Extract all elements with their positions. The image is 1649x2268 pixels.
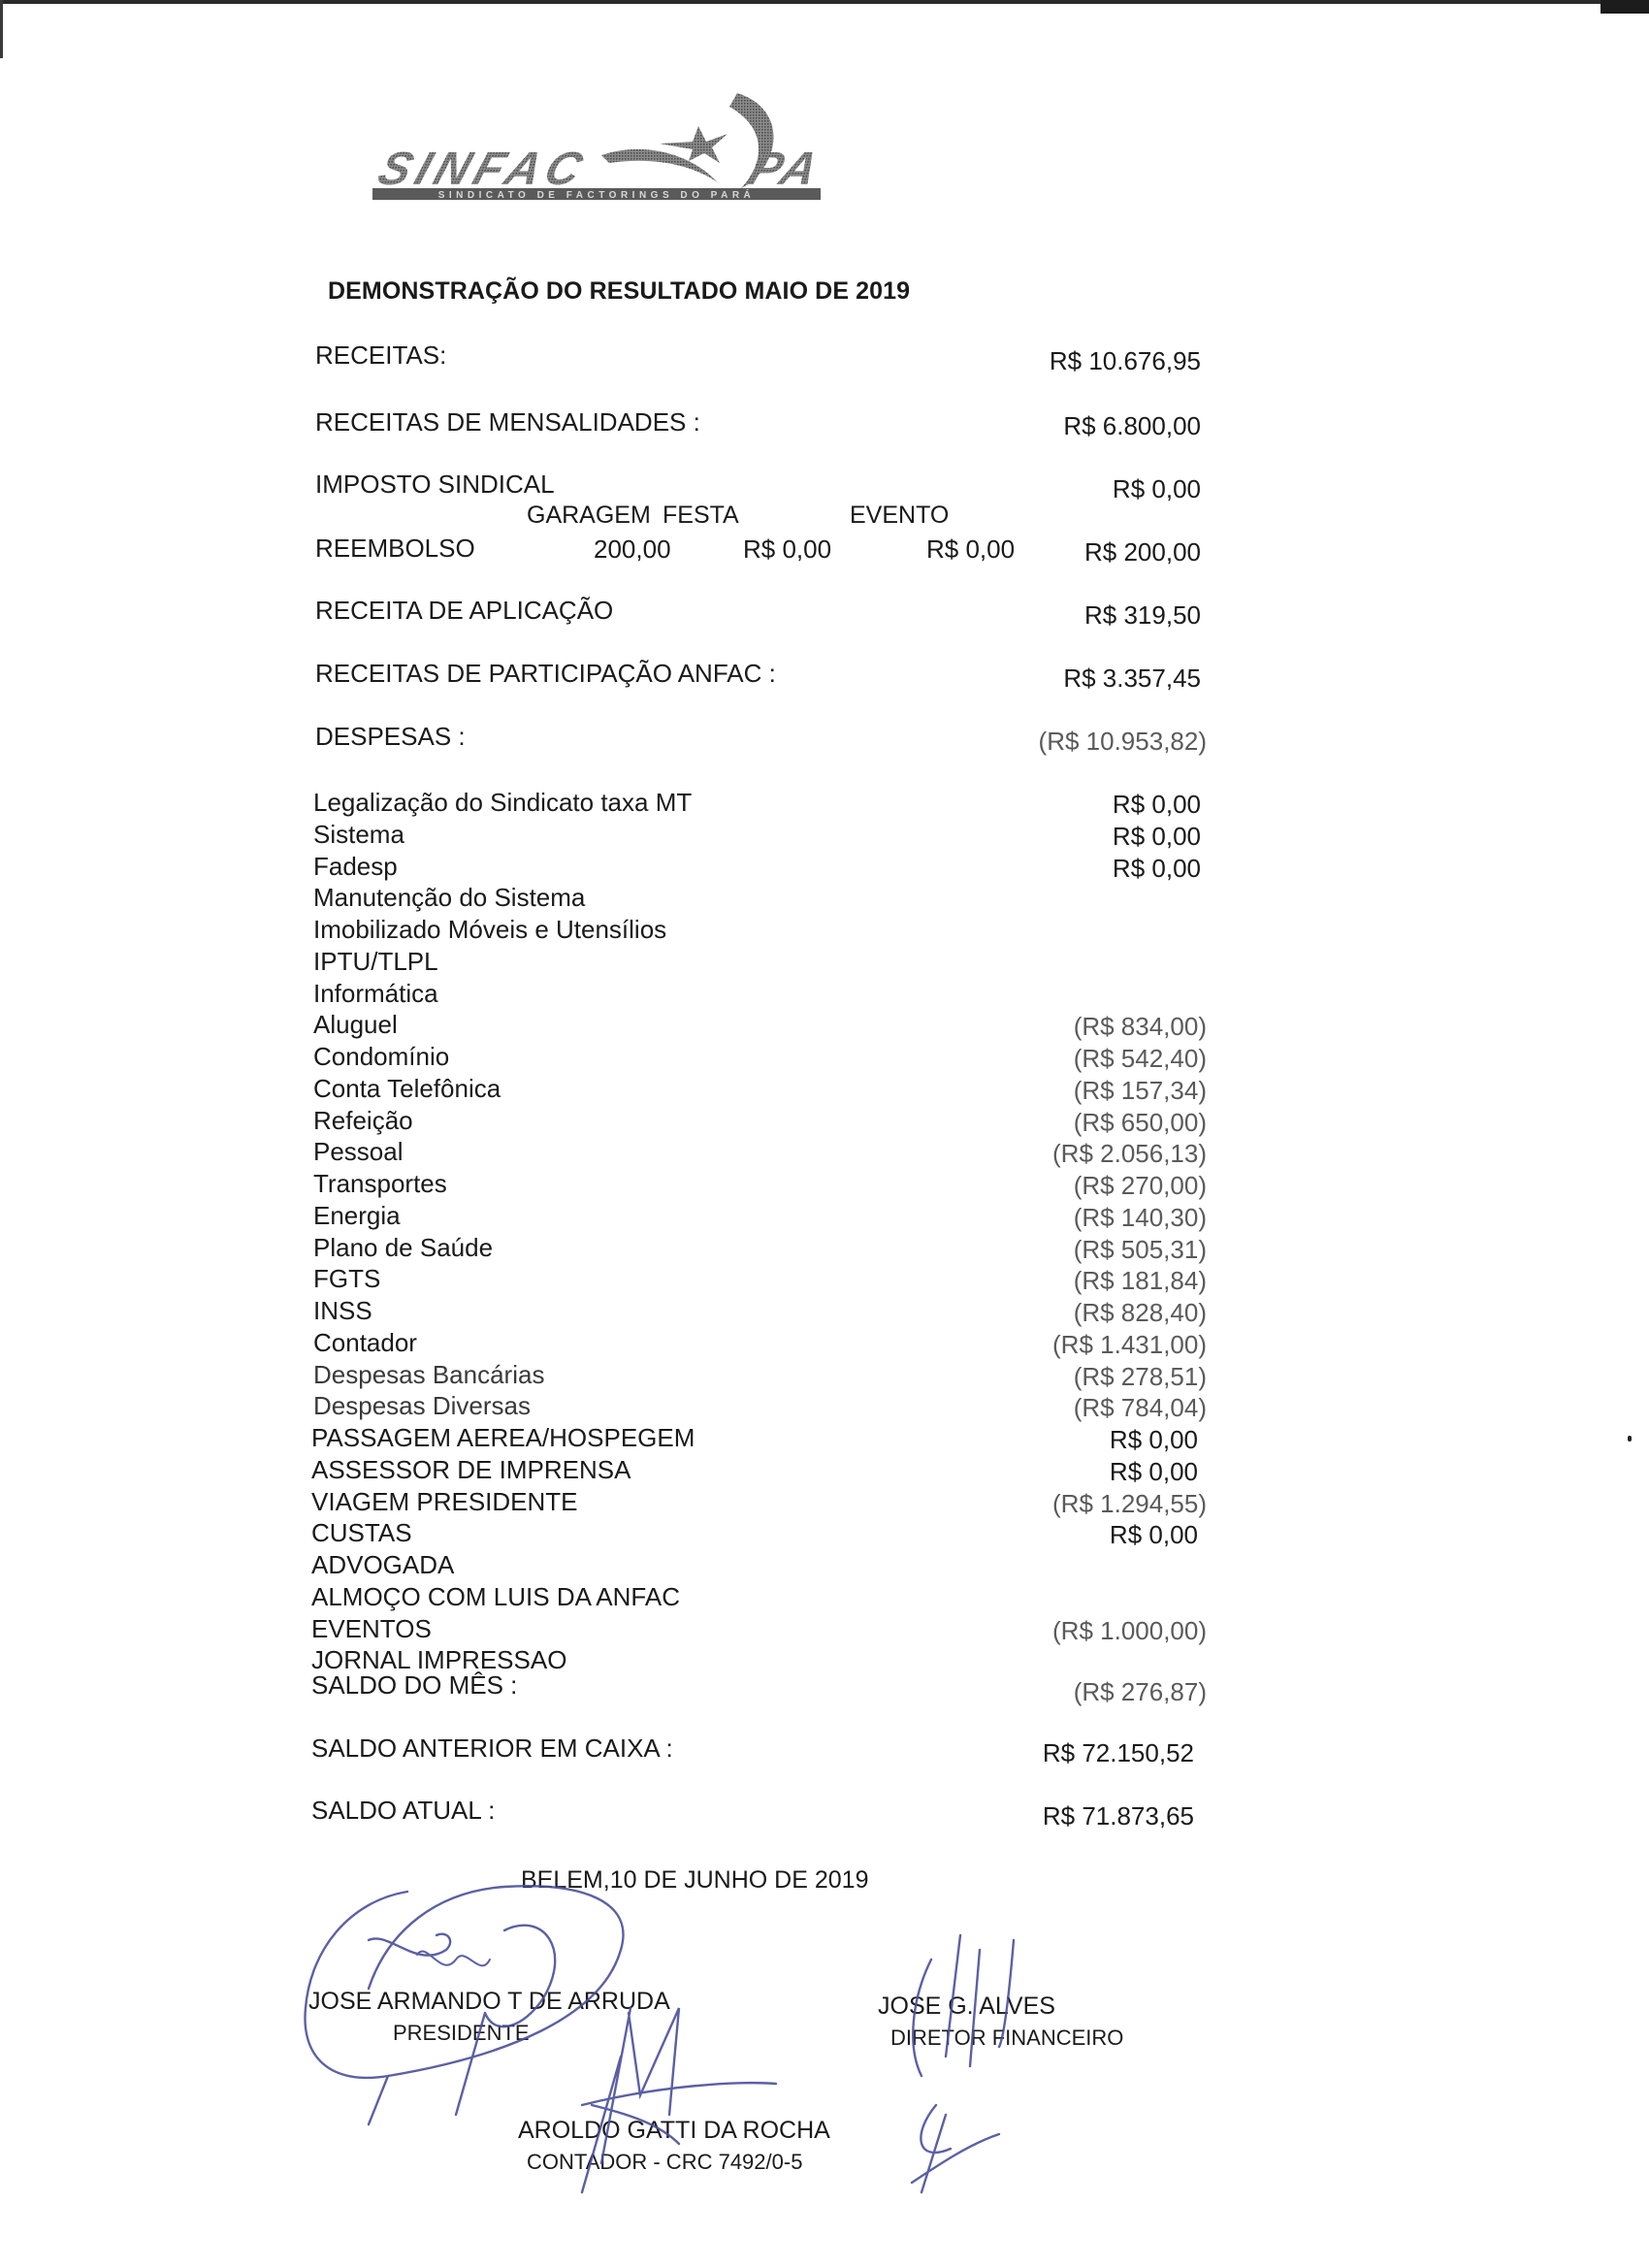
- expense-label: Imobilizado Móveis e Utensílios: [313, 917, 666, 942]
- reimbursement-header-festa: FESTA: [663, 503, 739, 528]
- expense-value: (R$ 2.056,13): [1052, 1141, 1207, 1166]
- expense-value: (R$ 140,30): [1074, 1205, 1207, 1230]
- revenue-value-imposto: R$ 0,00: [1113, 476, 1201, 502]
- revenue-value-mensalidades: R$ 6.800,00: [1063, 413, 1201, 438]
- expense-value: R$ 0,00: [1110, 1427, 1198, 1452]
- expense-value: (R$ 278,51): [1074, 1364, 1207, 1389]
- expense-label: Conta Telefônica: [313, 1076, 501, 1101]
- revenue-value-reembolso: R$ 200,00: [1084, 539, 1201, 565]
- signatory-director-role: DIRETOR FINANCEIRO: [890, 2027, 1123, 2049]
- svg-text:SINFAC: SINFAC: [372, 143, 594, 195]
- expense-value: (R$ 542,40): [1074, 1046, 1207, 1071]
- scan-speck: [1628, 1436, 1632, 1442]
- expense-value: (R$ 157,34): [1074, 1078, 1207, 1103]
- expenses-total-label: DESPESAS :: [315, 724, 466, 749]
- expense-label: Pessoal: [313, 1139, 404, 1164]
- expense-label: INSS: [313, 1298, 372, 1323]
- reimbursement-value-garagem: 200,00: [594, 536, 671, 562]
- signatory-director-name: JOSE G. ALVES: [878, 1994, 1055, 2019]
- balance-value-mes: (R$ 276,87): [1074, 1679, 1207, 1704]
- revenue-label-aplicacao: RECEITA DE APLICAÇÃO: [315, 598, 613, 623]
- signature-director: [912, 1935, 1014, 2192]
- expense-value: (R$ 1.294,55): [1052, 1491, 1207, 1516]
- reimbursement-value-evento: R$ 0,00: [926, 536, 1015, 562]
- expense-value: R$ 0,00: [1110, 1522, 1198, 1547]
- balance-label-atual: SALDO ATUAL :: [311, 1798, 495, 1823]
- balance-label-anterior: SALDO ANTERIOR EM CAIXA :: [311, 1735, 673, 1761]
- expense-value: (R$ 650,00): [1074, 1110, 1207, 1135]
- balance-value-atual: R$ 71.873,65: [1043, 1803, 1194, 1829]
- scan-border-corner: [1600, 0, 1649, 14]
- revenue-value-anfac: R$ 3.357,45: [1063, 665, 1201, 691]
- revenue-label-mensalidades: RECEITAS DE MENSALIDADES :: [315, 409, 700, 435]
- expense-value: R$ 0,00: [1113, 856, 1201, 881]
- expense-label: Despesas Diversas: [313, 1393, 531, 1418]
- scan-border-top: [0, 0, 1649, 4]
- handwritten-signatures: [0, 0, 1649, 2268]
- expense-label: ASSESSOR DE IMPRENSA: [311, 1457, 630, 1482]
- expense-value: R$ 0,00: [1110, 1459, 1198, 1484]
- expense-label: Transportes: [313, 1171, 447, 1196]
- revenue-label-anfac: RECEITAS DE PARTICIPAÇÃO ANFAC :: [315, 661, 776, 686]
- expense-value: (R$ 834,00): [1074, 1014, 1207, 1039]
- svg-text:SINDICATO DE FACTORINGS DO PAR: SINDICATO DE FACTORINGS DO PARÁ: [438, 188, 756, 201]
- revenue-label-imposto: IMPOSTO SINDICAL: [315, 471, 555, 497]
- revenue-label-reembolso: REEMBOLSO: [315, 535, 475, 561]
- expense-label: Manutenção do Sistema: [313, 885, 585, 910]
- expense-label: PASSAGEM AEREA/HOSPEGEM: [311, 1425, 695, 1450]
- expense-value: (R$ 828,40): [1074, 1300, 1207, 1325]
- expense-label: Despesas Bancárias: [313, 1362, 544, 1387]
- expense-label: Energia: [313, 1203, 401, 1228]
- signatory-accountant-name: AROLDO GATTI DA ROCHA: [518, 2119, 830, 2143]
- expense-label: CUSTAS: [311, 1520, 412, 1545]
- page-title: DEMONSTRAÇÃO DO RESULTADO MAIO DE 2019: [328, 277, 910, 306]
- expense-value: (R$ 181,84): [1074, 1268, 1207, 1293]
- expense-value: R$ 0,00: [1113, 824, 1201, 849]
- expense-label: Aluguel: [313, 1012, 398, 1037]
- expense-label: Condomínio: [313, 1044, 449, 1069]
- signatory-accountant-role: CONTADOR - CRC 7492/0-5: [527, 2152, 802, 2173]
- expense-label: ADVOGADA: [311, 1552, 454, 1577]
- expenses-total-value: (R$ 10.953,82): [1039, 729, 1207, 754]
- expense-label: FGTS: [313, 1266, 380, 1291]
- expense-label: ALMOÇO COM LUIS DA ANFAC: [311, 1584, 680, 1609]
- revenues-total-label: RECEITAS:: [315, 342, 446, 368]
- sinfac-logo: SINFAC PA SINDICATO DE FACTORINGS DO PAR…: [369, 85, 824, 211]
- place-date: BELEM,10 DE JUNHO DE 2019: [521, 1868, 868, 1893]
- balance-value-anterior: R$ 72.150,52: [1043, 1740, 1194, 1766]
- expense-label: JORNAL IMPRESSAO: [311, 1647, 566, 1672]
- signatory-president-role: PRESIDENTE: [393, 2023, 530, 2044]
- expense-label: EVENTOS: [311, 1616, 432, 1641]
- expense-label: Refeição: [313, 1108, 413, 1133]
- svg-text:PA: PA: [742, 143, 824, 195]
- reimbursement-value-festa: R$ 0,00: [743, 536, 831, 562]
- expense-value: R$ 0,00: [1113, 792, 1201, 817]
- reimbursement-header-garagem: GARAGEM: [527, 503, 651, 528]
- expense-label: Legalização do Sindicato taxa MT: [313, 790, 692, 815]
- balance-label-mes: SALDO DO MÊS :: [311, 1672, 517, 1698]
- expense-label: Sistema: [313, 822, 404, 847]
- expense-value: (R$ 1.000,00): [1052, 1618, 1207, 1643]
- signatory-president-name: JOSE ARMANDO T DE ARRUDA: [308, 1990, 670, 2014]
- expense-label: Informática: [313, 981, 438, 1006]
- scan-border-left: [0, 0, 3, 58]
- expense-value: (R$ 784,04): [1074, 1395, 1207, 1420]
- expense-value: (R$ 270,00): [1074, 1173, 1207, 1198]
- expense-label: IPTU/TLPL: [313, 949, 438, 974]
- revenue-value-aplicacao: R$ 319,50: [1084, 602, 1201, 628]
- expense-label: Contador: [313, 1330, 417, 1355]
- expense-label: Fadesp: [313, 854, 398, 879]
- expense-value: (R$ 505,31): [1074, 1237, 1207, 1262]
- reimbursement-header-evento: EVENTO: [850, 503, 949, 528]
- expense-label: VIAGEM PRESIDENTE: [311, 1489, 578, 1514]
- revenues-total-value: R$ 10.676,95: [1050, 348, 1201, 373]
- expense-value: (R$ 1.431,00): [1052, 1332, 1207, 1357]
- expense-label: Plano de Saúde: [313, 1235, 493, 1260]
